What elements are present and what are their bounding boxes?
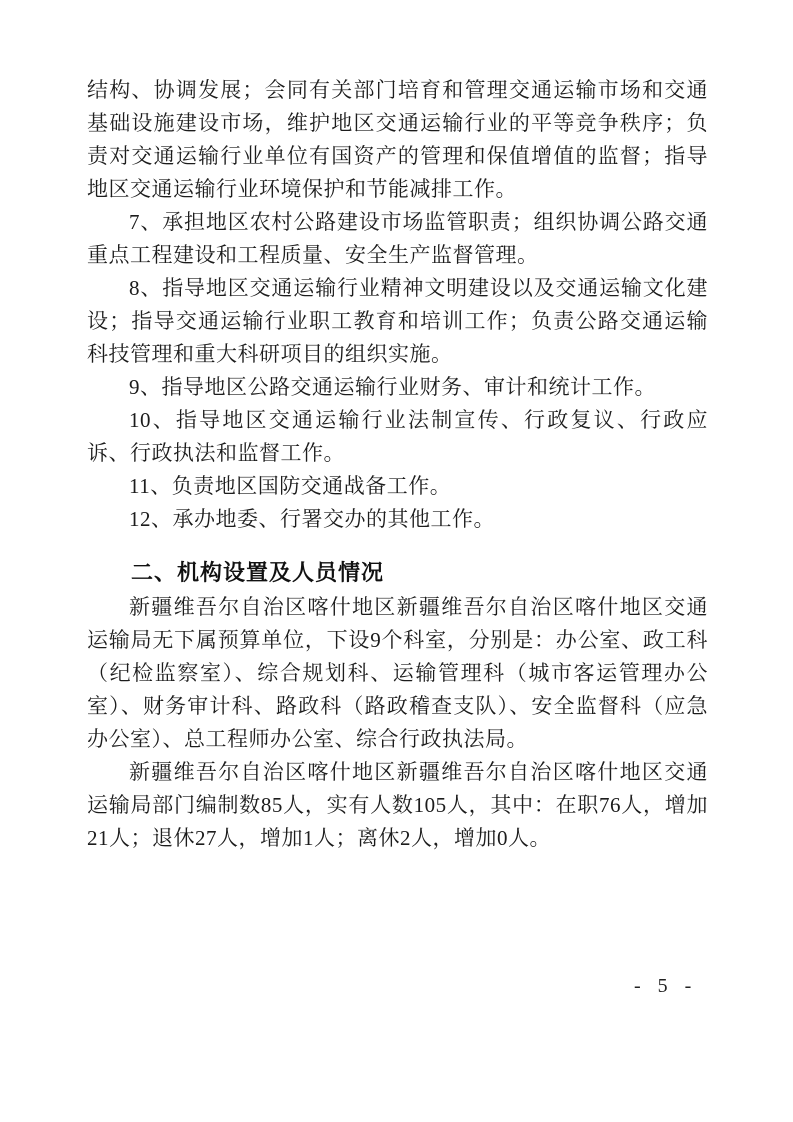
duty-item-12: 12、承办地委、行署交办的其他工作。 bbox=[87, 503, 708, 536]
page-number: - 5 - bbox=[634, 975, 697, 998]
duty-item-8: 8、指导地区交通运输行业精神文明建设以及交通运输文化建设；指导交通运输行业职工教… bbox=[87, 272, 708, 371]
duty-item-9: 9、指导地区公路交通运输行业财务、审计和统计工作。 bbox=[87, 371, 708, 404]
document-body: 结构、协调发展；会同有关部门培育和管理交通运输市场和交通基础设施建设市场，维护地… bbox=[87, 74, 708, 855]
staffing-paragraph: 新疆维吾尔自治区喀什地区新疆维吾尔自治区喀什地区交通运输局部门编制数85人，实有… bbox=[87, 756, 708, 855]
org-structure-paragraph: 新疆维吾尔自治区喀什地区新疆维吾尔自治区喀什地区交通运输局无下属预算单位，下设9… bbox=[87, 591, 708, 756]
duty-item-11: 11、负责地区国防交通战备工作。 bbox=[87, 470, 708, 503]
section-heading: 二、机构设置及人员情况 bbox=[87, 555, 708, 591]
duty-item-10: 10、指导地区交通运输行业法制宣传、行政复议、行政应诉、行政执法和监督工作。 bbox=[87, 404, 708, 470]
duty-item-7: 7、承担地区农村公路建设市场监管职责；组织协调公路交通重点工程建设和工程质量、安… bbox=[87, 206, 708, 272]
document-page: 结构、协调发展；会同有关部门培育和管理交通运输市场和交通基础设施建设市场，维护地… bbox=[0, 0, 793, 1122]
continuation-paragraph: 结构、协调发展；会同有关部门培育和管理交通运输市场和交通基础设施建设市场，维护地… bbox=[87, 74, 708, 206]
